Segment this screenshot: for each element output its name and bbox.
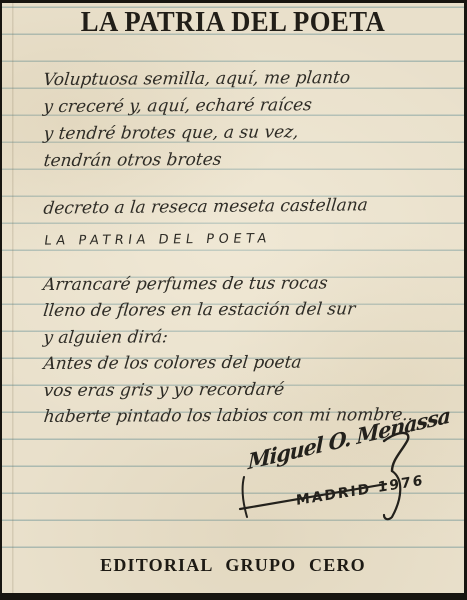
poem-line: y alguien dirá: <box>42 323 414 351</box>
page-crease-line <box>12 3 14 593</box>
poem-stanza-1: Voluptuosa semilla, aquí, me planto y cr… <box>42 65 350 175</box>
poem-stanza-2: decreto a la reseca meseta castellana LA… <box>42 191 367 255</box>
poem-line: decreto a la reseca meseta castellana <box>42 191 369 223</box>
poem-line: y tendré brotes que, a su vez, <box>42 119 352 148</box>
poem-line: Arrancaré perfumes de tus rocas <box>42 270 414 298</box>
author-signature: Miguel O. Menassa MADRID 1976 <box>234 427 462 523</box>
poem-line-caps: LA PATRIA DEL POETA <box>42 220 371 255</box>
book-cover: LA PATRIA DEL POETA Voluptuosa semilla, … <box>0 0 467 600</box>
poem-line: tendrán otros brotes <box>42 146 352 175</box>
poem-line: vos eras gris y yo recordaré <box>42 376 414 404</box>
poem-line: lleno de flores en la estación del sur <box>42 296 414 324</box>
poem-line: Voluptuosa semilla, aquí, me planto <box>42 65 352 94</box>
poem-stanza-3: Arrancaré perfumes de tus rocas lleno de… <box>42 270 412 430</box>
cover-title: LA PATRIA DEL POETA <box>20 6 445 39</box>
poem-line: Antes de los colores del poeta <box>42 349 414 377</box>
poem-line: y creceré y, aquí, echaré raíces <box>42 92 352 121</box>
publisher-name: EDITORIAL GRUPO CERO <box>2 555 464 576</box>
